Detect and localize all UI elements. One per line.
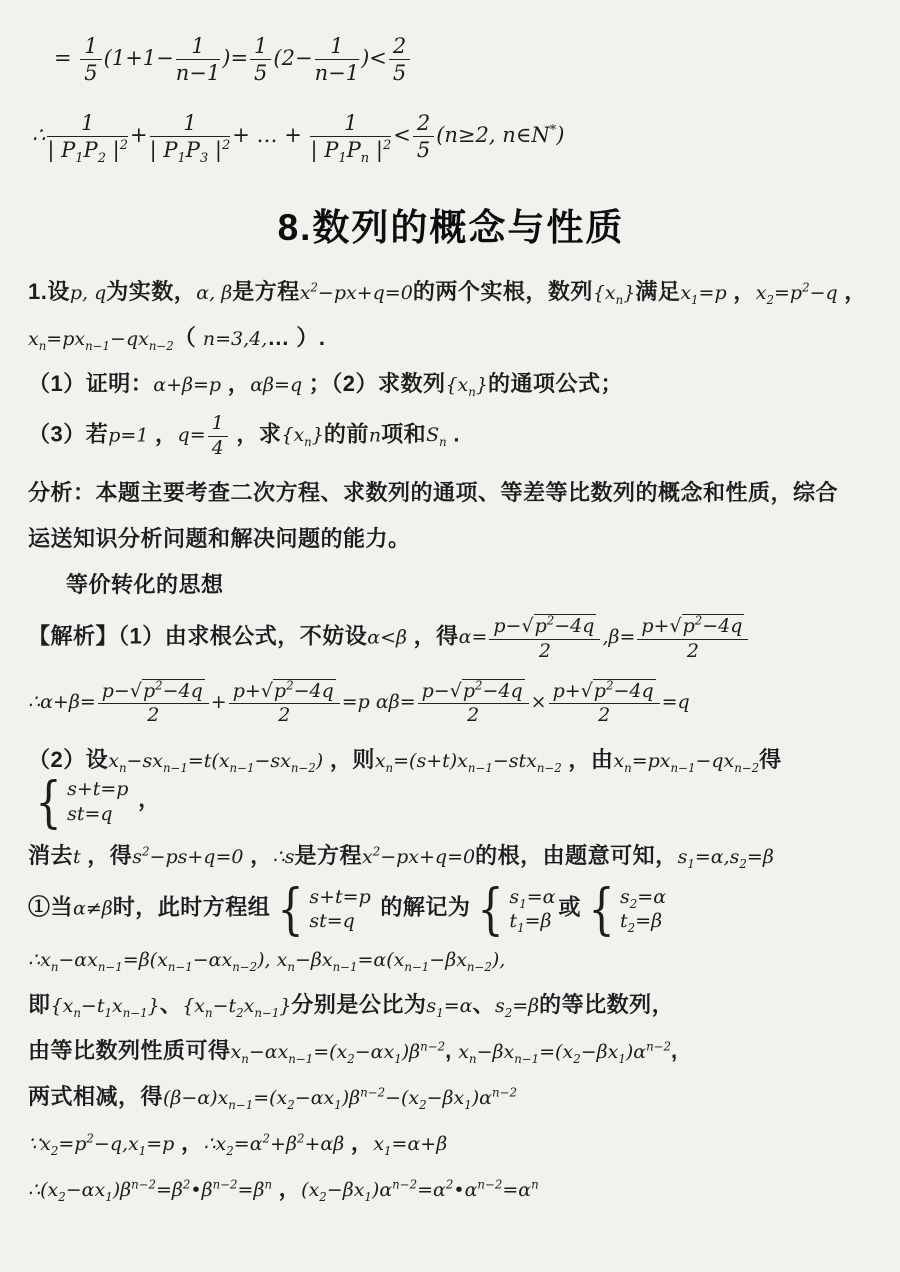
text-segment: ，: [272, 1176, 301, 1201]
subscript: n−1: [98, 960, 123, 974]
math-segment: {xn−t2xn−1}: [182, 995, 291, 1017]
text-segment: 、: [160, 992, 183, 1017]
superscript: 2: [446, 1178, 454, 1192]
text-segment: ，: [148, 421, 177, 446]
denominator: 2: [229, 704, 340, 727]
numerator: p−√p2−4q: [98, 679, 209, 705]
subscript: n−1: [333, 960, 358, 974]
text-segment: 的前: [324, 421, 369, 446]
formula-line-sum-inequality: ∴1| P1P2 |2+1| P1P3 |2+ … + 1| P1Pn |2<2…: [28, 111, 874, 162]
math-segment: xn−αxn−1=(x2−αx1)βn−2: [231, 1041, 446, 1063]
math-segment: t: [73, 846, 81, 868]
denominator: | P1P2 |2: [47, 137, 128, 162]
system-rows: s1=αt1=β: [509, 885, 555, 934]
subscript: n: [439, 435, 447, 449]
subscript: 2: [739, 856, 747, 870]
superscript: n−2: [477, 1178, 502, 1192]
text-segment: ,: [671, 1038, 678, 1063]
math-segment: αβ=q: [250, 374, 302, 396]
subscript: n−1: [288, 1051, 313, 1065]
subscript: n: [51, 960, 59, 974]
text-segment: 消去: [28, 843, 73, 868]
numerator: p+√p2−4q: [229, 679, 340, 705]
text-segment: .: [447, 421, 460, 446]
text-segment: ，: [243, 843, 272, 868]
solution-result-line: ∴(x2−αx1)βn−2=β2•βn−2=βn ，(x2−βx1)αn−2=α…: [28, 1172, 874, 1206]
subscript: 2: [58, 1190, 66, 1204]
solution-part-1-line: 【解析】（1）由求根公式，不妨设α<β ，得α=p−√p2−4q2,β=p+√p…: [28, 614, 874, 663]
superscript: *: [550, 123, 557, 138]
superscript: 2: [373, 844, 381, 858]
denominator: n−1: [176, 60, 220, 85]
math-segment: x2=p2−q: [756, 282, 838, 304]
math-segment: x2−px+q=0: [300, 282, 413, 304]
fraction: 1n−1: [315, 34, 359, 85]
subscript: n: [469, 1051, 477, 1065]
text-segment: 的解记为: [374, 894, 471, 919]
denominator: | P1P3 |2: [150, 137, 231, 162]
text-segment: 运送知识分析问题和解决问题的能力。: [28, 526, 411, 551]
superscript: n: [531, 1178, 539, 1192]
subscript: n−1: [468, 761, 493, 775]
denominator: 2: [489, 640, 600, 663]
superscript: n−2: [646, 1039, 671, 1053]
fraction: p+√p2−4q2: [229, 679, 340, 728]
math-segment: α<β: [367, 626, 407, 648]
text-segment: 即: [28, 992, 51, 1017]
text-segment: 的等比数列，: [539, 992, 674, 1017]
subscript: n: [386, 761, 394, 775]
text-segment: 两式相减，得: [28, 1084, 163, 1109]
superscript: n: [264, 1178, 272, 1192]
denominator: 4: [208, 437, 228, 460]
solution-geometric-seq-line: 即{xn−t1xn−1}、{xn−t2xn−1}分别是公比为s1=α、s2=β的…: [28, 988, 874, 1022]
idea-line: 等价转化的思想: [28, 568, 874, 602]
subscript: n−1: [168, 960, 193, 974]
solution-eliminate-t-line: 消去t ，得s2−ps+q=0 ，∴s是方程x2−px+q=0的根，由题意可知，…: [28, 839, 874, 873]
numerator: p−√p2−4q: [489, 614, 600, 640]
math-segment: s2−ps+q=0: [132, 846, 243, 868]
math-segment: α+β=p: [153, 374, 221, 396]
text-segment: ，: [727, 279, 756, 304]
subscript: n: [241, 1051, 249, 1065]
subscript: n−2: [537, 761, 562, 775]
subscript: 1: [464, 1098, 472, 1112]
text-segment: 满足: [635, 279, 680, 304]
superscript: 2: [183, 1178, 191, 1192]
math-segment: ∵x2=p2−q,x1=p: [28, 1133, 174, 1155]
radicand: p2−4q: [682, 614, 745, 638]
math-segment: ∴s: [273, 846, 295, 868]
math-segment: Sn: [426, 424, 447, 446]
fraction: 25: [413, 111, 434, 162]
subscript: 1: [338, 152, 346, 167]
math-segment: xn=(s+t)xn−1−stxn−2: [375, 750, 562, 772]
system-row: s+t=p: [67, 777, 128, 802]
text-segment: ，: [174, 1130, 203, 1155]
subscript: 1: [139, 1144, 147, 1158]
fraction: 14: [208, 413, 228, 460]
subscript: 2: [347, 1051, 355, 1065]
subscript: 2: [505, 1005, 513, 1019]
numerator: 1: [250, 34, 271, 60]
analysis-line: 运送知识分析问题和解决问题的能力。: [28, 522, 874, 556]
square-root: √p2−4q: [261, 679, 336, 703]
radicand: p2−4q: [462, 679, 525, 703]
text-segment: 分别是公比为: [291, 992, 426, 1017]
superscript: 2: [142, 844, 150, 858]
text-segment: 时，此时方程组: [113, 894, 271, 919]
solution-part-2-line: （2）设xn−sxn−1=t(xn−1−sxn−2) ，则xn=(s+t)xn−…: [28, 743, 874, 826]
math-segment: = 15(1+1−1n−1)=15(2−1n−1)<25: [54, 46, 412, 70]
subscript: 2: [319, 1190, 327, 1204]
math-segment: xn=pxn−1−qxn−2: [613, 750, 759, 772]
math-segment: (x2−βx1)αn−2=α2•αn−2=αn: [301, 1179, 539, 1201]
system-brace: {: [478, 886, 504, 933]
math-segment: n=3,4,: [203, 328, 267, 350]
radicand: p2−4q: [534, 614, 597, 638]
denominator: 2: [418, 704, 529, 727]
math-segment: ∴xn−αxn−1=β(xn−1−αxn−2), xn−βxn−1=α(xn−1…: [28, 949, 505, 971]
fraction: 1| P1Pn |2: [310, 111, 391, 162]
system-row: s2=α: [620, 885, 666, 910]
subscript: 1: [384, 1144, 392, 1158]
text-segment: 的根，由题意可知，: [475, 843, 678, 868]
subscript: n−1: [404, 960, 429, 974]
math-segment: p=1: [108, 424, 148, 446]
fraction: p−√p2−4q2: [489, 614, 600, 663]
text-segment: ，由: [562, 747, 614, 772]
problem-statement-line: xn=pxn−1−qxn−2（ n=3,4,… ）.: [28, 321, 874, 355]
text-segment: 项和: [381, 421, 426, 446]
subscript: 2: [51, 1144, 59, 1158]
superscript: 2: [286, 678, 294, 692]
superscript: 2: [802, 280, 810, 294]
radical-sign: √: [669, 616, 681, 638]
denominator: 5: [389, 60, 410, 85]
text-segment: 由等比数列性质可得: [28, 1038, 231, 1063]
math-segment: {xn−t1xn−1}: [51, 995, 160, 1017]
solution-recurrence-line: ∴xn−αxn−1=β(xn−1−αxn−2), xn−βxn−1=α(xn−1…: [28, 946, 874, 975]
system-brace: {: [278, 886, 304, 933]
system-brace: {: [35, 779, 61, 826]
superscript: n−2: [360, 1085, 385, 1099]
solution-substitute-line: ∵x2=p2−q,x1=p ，∴x2=α2+β2+αβ ，x1=α+β: [28, 1126, 874, 1160]
text-segment: 为实数，: [106, 279, 196, 304]
text-segment: 1.设: [28, 279, 70, 304]
math-segment: α, β: [196, 282, 232, 304]
radical-sign: √: [521, 616, 533, 638]
fraction: 1| P1P2 |2: [47, 111, 128, 162]
square-root: √p2−4q: [130, 679, 205, 703]
system-row: s+t=p: [309, 885, 370, 910]
system-row: st=q: [309, 909, 370, 934]
system-rows: s+t=pst=q: [309, 885, 370, 934]
subscript: 2: [630, 897, 638, 911]
superscript: 2: [222, 138, 230, 153]
subscript: 2: [98, 152, 106, 167]
superscript: 2: [547, 613, 555, 627]
math-segment: {xn}: [593, 282, 635, 304]
numerator: 1: [208, 413, 228, 437]
subscript: n: [616, 292, 624, 306]
text-segment: （2）设: [28, 747, 108, 772]
subscript: 1: [75, 152, 83, 167]
subscript: 1: [519, 897, 527, 911]
subscript: n−1: [163, 761, 188, 775]
math-segment: {s+t=pst=q: [270, 897, 373, 919]
radical-sign: √: [581, 681, 593, 703]
math-segment: ∴(x2−αx1)βn−2=β2•βn−2=βn: [28, 1179, 272, 1201]
superscript: n−2: [392, 1178, 417, 1192]
subscript: 1: [691, 292, 699, 306]
square-root: √p2−4q: [581, 679, 656, 703]
math-segment: q=14: [178, 424, 230, 446]
square-root: √p2−4q: [669, 614, 744, 638]
subscript: 1: [178, 152, 186, 167]
text-segment: 或: [558, 894, 581, 919]
superscript: n−2: [131, 1178, 156, 1192]
subscript: n: [361, 152, 369, 167]
system-row: s1=α: [509, 885, 555, 910]
text-segment: ，: [838, 279, 867, 304]
subscript: n−1: [671, 761, 696, 775]
subscript: 1: [394, 1051, 402, 1065]
math-segment: (β−α)xn−1=(x2−αx1)βn−2−(x2−βx1)αn−2: [163, 1087, 517, 1109]
analysis-line: 分析：本题主要考查二次方程、求数列的通项、等差等比数列的概念和性质，综合: [28, 476, 874, 510]
fraction: 1| P1P3 |2: [150, 111, 231, 162]
subscript: n−2: [149, 338, 174, 352]
subscript: n: [624, 761, 632, 775]
superscript: 2: [86, 1132, 94, 1146]
subscript: 2: [628, 921, 636, 935]
problem-part-3-line: （3）若p=1 ，q=14 ，求{xn}的前n项和Sn .: [28, 413, 874, 460]
superscript: n−2: [420, 1039, 445, 1053]
text-segment: ，: [221, 371, 250, 396]
equation-system: {s2=αt2=β: [584, 885, 666, 934]
system-row: t2=β: [620, 909, 666, 934]
system-brace: {: [588, 886, 614, 933]
text-segment: 是方程: [294, 843, 362, 868]
subscript: n−1: [230, 761, 255, 775]
numerator: 1: [315, 34, 359, 60]
subscript: n−2: [467, 960, 492, 974]
subscript: 1: [436, 1005, 444, 1019]
text-segment: ；（2）求数列: [302, 371, 445, 396]
system-row: t1=β: [509, 909, 555, 934]
subscript: n−2: [291, 761, 316, 775]
subscript: 3: [200, 152, 208, 167]
math-segment: {s+t=pst=q: [28, 790, 131, 812]
math-segment: p, q: [70, 282, 106, 304]
text-segment: （1）证明：: [28, 371, 153, 396]
numerator: 1: [176, 34, 220, 60]
radical-sign: √: [261, 681, 273, 703]
text-segment: ，得: [407, 623, 459, 648]
text-segment: ①当: [28, 894, 73, 919]
text-segment: （3）若: [28, 421, 108, 446]
superscript: 2: [475, 678, 483, 692]
subscript: n−1: [254, 1005, 279, 1019]
superscript: 2: [297, 1132, 305, 1146]
superscript: n−2: [213, 1178, 238, 1192]
text-segment: ，求: [230, 421, 282, 446]
numerator: 1: [310, 111, 391, 137]
radicand: p2−4q: [142, 679, 205, 703]
text-segment: 、: [472, 992, 495, 1017]
subscript: n−2: [232, 960, 257, 974]
subscript: n: [468, 385, 476, 399]
equation-system: {s1=αt1=β: [473, 885, 555, 934]
numerator: p−√p2−4q: [418, 679, 529, 705]
subscript: n: [205, 1005, 213, 1019]
subscript: n−2: [734, 761, 759, 775]
fraction: p−√p2−4q2: [418, 679, 529, 728]
radical-sign: √: [450, 681, 462, 703]
denominator: | P1Pn |2: [310, 137, 391, 162]
numerator: 2: [389, 34, 410, 60]
math-segment: xn=pxn−1−qxn−2: [28, 328, 174, 350]
text-segment: 分析：本题主要考查二次方程、求数列的通项、等差等比数列的概念和性质，综合: [28, 480, 838, 505]
math-segment: xn−βxn−1=(x2−βx1)αn−2: [458, 1041, 671, 1063]
subscript: 1: [517, 921, 525, 935]
subscript: n: [39, 338, 47, 352]
math-segment: {s1=αt1=β: [470, 897, 558, 919]
text-segment: ，: [131, 787, 160, 812]
text-segment: （: [174, 325, 203, 350]
math-segment: x1=p: [680, 282, 726, 304]
superscript: 2: [120, 138, 128, 153]
subscript: 2: [226, 1144, 234, 1158]
subscript: n−1: [514, 1051, 539, 1065]
fraction: 25: [389, 34, 410, 85]
denominator: 2: [637, 640, 748, 663]
superscript: 2: [606, 678, 614, 692]
superscript: 2: [695, 613, 703, 627]
subscript: n−1: [228, 1098, 253, 1112]
text-segment: 等价转化的思想: [66, 572, 224, 597]
radical-sign: √: [130, 681, 142, 703]
subscript: 1: [105, 1190, 113, 1204]
math-segment: α=p−√p2−4q2,β=p+√p2−4q2: [459, 626, 751, 648]
system-row: st=q: [67, 802, 128, 827]
math-segment: {s2=αt2=β: [581, 897, 669, 919]
fraction: 1n−1: [176, 34, 220, 85]
radicand: p2−4q: [593, 679, 656, 703]
math-segment: s1=α,s2=β: [678, 846, 774, 868]
equation-system: {s+t=pst=q: [273, 885, 370, 934]
text-segment: 的两个实根，数列: [413, 279, 593, 304]
superscript: 2: [383, 138, 391, 153]
subscript: n−1: [85, 338, 110, 352]
text-segment: 得: [759, 747, 782, 772]
text-segment: … ）.: [267, 325, 325, 350]
solution-sum-product-line: ∴α+β=p−√p2−4q2+p+√p2−4q2=p αβ=p−√p2−4q2×…: [28, 679, 874, 728]
superscript: n−2: [492, 1085, 517, 1099]
section-title: 8.数列的概念与性质: [28, 197, 874, 251]
text-segment: ，则: [323, 747, 375, 772]
subscript: 1: [618, 1051, 626, 1065]
math-segment: {xn}: [281, 424, 323, 446]
system-rows: s+t=pst=q: [67, 777, 128, 826]
text-segment: ，: [344, 1130, 373, 1155]
numerator: p+√p2−4q: [637, 614, 748, 640]
subscript: n: [287, 960, 295, 974]
math-segment: x2−px+q=0: [362, 846, 475, 868]
math-segment: xn−sxn−1=t(xn−1−sxn−2): [108, 750, 323, 772]
problem-part-1-2-line: （1）证明：α+β=p ，αβ=q ；（2）求数列{xn}的通项公式；: [28, 367, 874, 401]
math-segment: x1=α+β: [373, 1133, 447, 1155]
fraction: p+√p2−4q2: [637, 614, 748, 663]
math-segment: {xn}: [445, 374, 487, 396]
denominator: 5: [250, 60, 271, 85]
radicand: p2−4q: [273, 679, 336, 703]
math-segment: s2=β: [495, 995, 539, 1017]
denominator: 5: [80, 60, 101, 85]
subscript: 2: [287, 1098, 295, 1112]
subscript: 1: [104, 1005, 112, 1019]
solution-geometric-property-line: 由等比数列性质可得xn−αxn−1=(x2−αx1)βn−2, xn−βxn−1…: [28, 1034, 874, 1068]
fraction: p+√p2−4q2: [549, 679, 660, 728]
text-segment: ，得: [81, 843, 133, 868]
numerator: 1: [150, 111, 231, 137]
formula-line-continued-equation: = 15(1+1−1n−1)=15(2−1n−1)<25: [28, 34, 874, 85]
text-segment: 是方程: [232, 279, 300, 304]
superscript: 2: [155, 678, 163, 692]
solution-subtract-line: 两式相减，得(β−α)xn−1=(x2−αx1)βn−2−(x2−βx1)αn−…: [28, 1080, 874, 1114]
math-segment: ∴α+β=p−√p2−4q2+p+√p2−4q2=p αβ=p−√p2−4q2×…: [28, 691, 690, 713]
problem-statement-line: 1.设p, q为实数，α, β是方程x2−px+q=0的两个实根，数列{xn}满…: [28, 275, 874, 309]
subscript: 2: [573, 1051, 581, 1065]
numerator: p+√p2−4q: [549, 679, 660, 705]
fraction: p−√p2−4q2: [98, 679, 209, 728]
numerator: 2: [413, 111, 434, 137]
document-page: = 15(1+1−1n−1)=15(2−1n−1)<25 ∴1| P1P2 |2…: [0, 0, 900, 1206]
math-segment: ∴1| P1P2 |2+1| P1P3 |2+ … + 1| P1Pn |2<2…: [32, 123, 564, 147]
fraction: 15: [250, 34, 271, 85]
text-segment: 的通项公式；: [488, 371, 623, 396]
subscript: 1: [364, 1190, 372, 1204]
text-segment: 【解析】（1）由求根公式，不妨设: [28, 623, 367, 648]
subscript: 1: [687, 856, 695, 870]
denominator: 2: [549, 704, 660, 727]
numerator: 1: [47, 111, 128, 137]
fraction: 15: [80, 34, 101, 85]
subscript: 2: [766, 292, 774, 306]
math-segment: n: [369, 424, 381, 446]
subscript: n: [119, 761, 127, 775]
denominator: n−1: [315, 60, 359, 85]
subscript: 1: [334, 1098, 342, 1112]
square-root: √p2−4q: [450, 679, 525, 703]
math-segment: α≠β: [73, 897, 113, 919]
subscript: 2: [236, 1005, 244, 1019]
square-root: √p2−4q: [521, 614, 596, 638]
solution-case-1-line: ①当α≠β时，此时方程组{s+t=pst=q 的解记为{s1=αt1=β或{s2…: [28, 885, 874, 934]
superscript: 2: [263, 1132, 271, 1146]
denominator: 5: [413, 137, 434, 162]
subscript: n−1: [123, 1005, 148, 1019]
system-rows: s2=αt2=β: [620, 885, 666, 934]
math-segment: ∴x2=α2+β2+αβ: [203, 1133, 344, 1155]
subscript: n: [73, 1005, 81, 1019]
superscript: 2: [310, 280, 318, 294]
numerator: 1: [80, 34, 101, 60]
subscript: n: [304, 435, 312, 449]
math-segment: s1=α: [426, 995, 472, 1017]
subscript: 2: [419, 1098, 427, 1112]
denominator: 2: [98, 704, 209, 727]
